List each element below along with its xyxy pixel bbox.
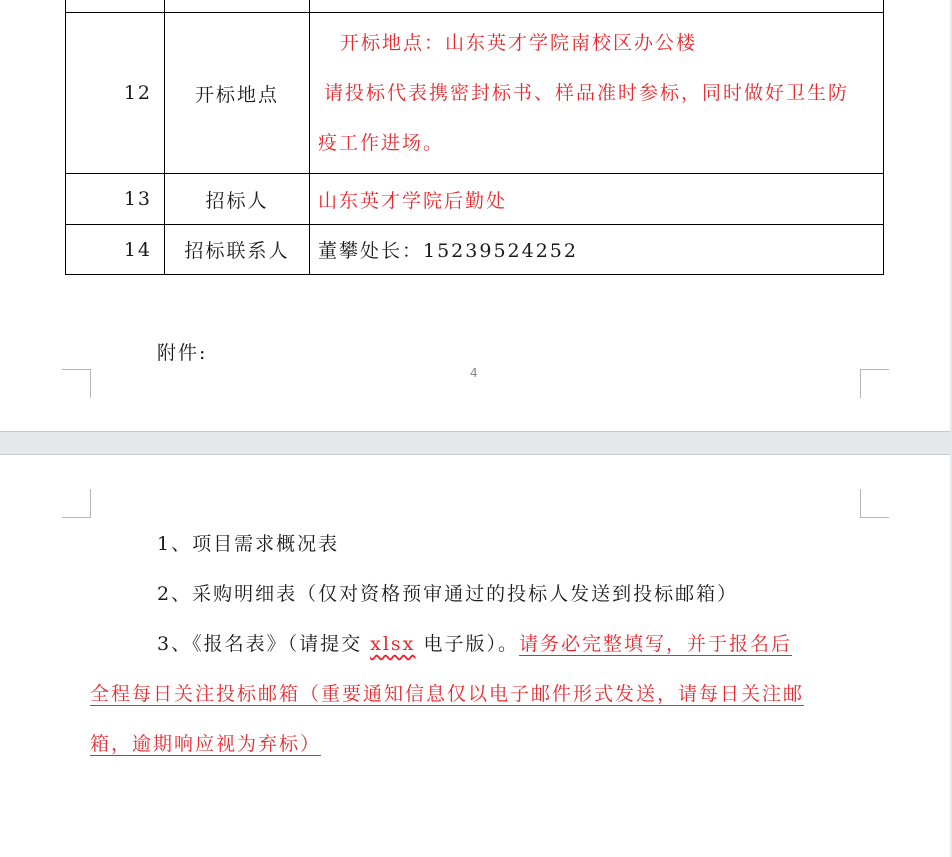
margin-corner-mark [860,369,889,398]
row-number: 14 [66,225,165,275]
page-number: 4 [470,366,478,380]
attachments-label: 附件: [157,338,207,365]
row-number: 13 [66,174,165,225]
row-value: 山东英才学院后勤处 [310,174,884,225]
warning-text: 请务必完整填写，并于报名后 [519,633,792,655]
opening-instruction-line: 疫工作进场。 [318,118,883,168]
row-label: 招标联系人 [165,225,310,275]
document-page-5: 1、项目需求概况表 2、采购明细表（仅对资格预审通过的投标人发送到投标邮箱） 3… [0,454,950,857]
attachment-item-2: 2、采购明细表（仅对资格预审通过的投标人发送到投标邮箱） [157,579,738,606]
table-row: 12 开标地点 开标地点：山东英才学院南校区办公楼 请投标代表携密封标书、样品准… [66,13,884,174]
row-label: 招标人 [165,174,310,225]
row-label: 开标地点 [165,13,310,174]
bid-info-table: 12 开标地点 开标地点：山东英才学院南校区办公楼 请投标代表携密封标书、样品准… [65,0,884,275]
opening-instruction-line: 请投标代表携密封标书、样品准时参标，同时做好卫生防 [318,68,883,118]
row-value: 开标地点：山东英才学院南校区办公楼 请投标代表携密封标书、样品准时参标，同时做好… [310,13,884,174]
table-row-previous [66,0,884,13]
item3-prefix: 3、《报名表》（请提交 [157,633,362,655]
warning-text-line2: 全程每日关注投标邮箱（重要通知信息仅以电子邮件形式发送，请每日关注邮 [90,679,804,706]
margin-corner-mark [62,369,91,398]
table-row: 14 招标联系人 董攀处长：15239524252 [66,225,884,275]
row-number: 12 [66,13,165,174]
document-page-4: 12 开标地点 开标地点：山东英才学院南校区办公楼 请投标代表携密封标书、样品准… [0,0,950,432]
opening-location-line: 开标地点：山东英才学院南校区办公楼 [318,18,883,68]
margin-corner-mark [62,489,91,518]
warning-text-line3: 箱，逾期响应视为弃标） [90,729,321,756]
row-value: 董攀处长：15239524252 [310,225,884,275]
attachment-item-1: 1、项目需求概况表 [157,529,339,556]
spellcheck-word: xlsx [370,633,415,655]
margin-corner-mark [860,489,889,518]
attachment-item-3: 3、《报名表》（请提交 xlsx 电子版）。请务必完整填写，并于报名后 [157,629,792,656]
item3-suffix: 电子版）。 [423,633,519,655]
table-row: 13 招标人 山东英才学院后勤处 [66,174,884,225]
